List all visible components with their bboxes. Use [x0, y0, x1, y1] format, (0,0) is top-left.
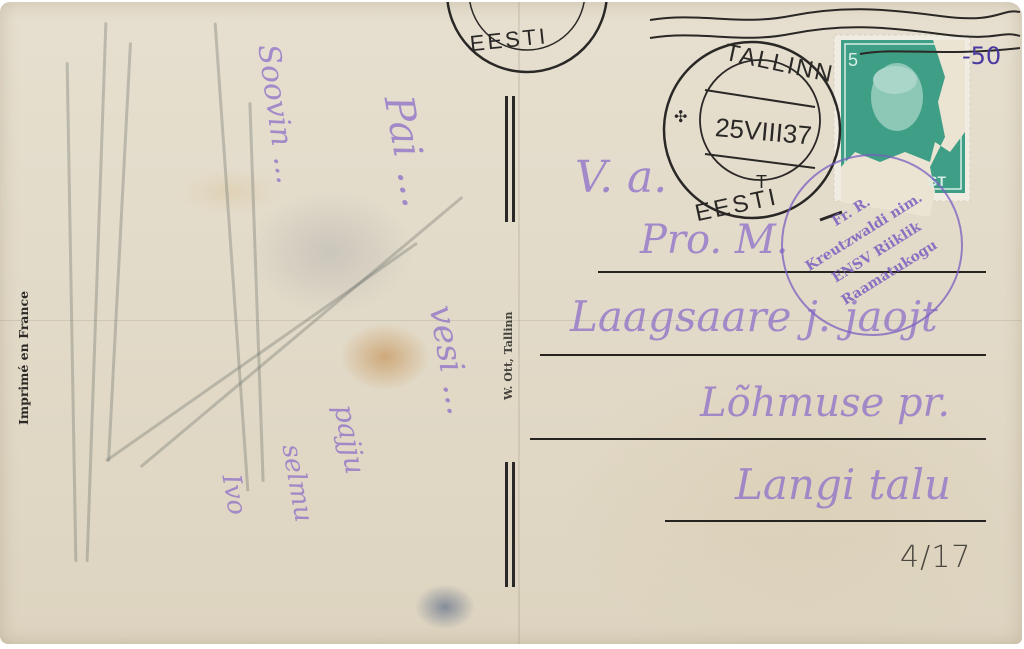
library-ownership-stamp: Fr. R. Kreutzwaldi nim. ENSV Riiklik Raa… [0, 2, 1022, 644]
catalog-number: 4/17 [900, 540, 971, 575]
postcard: Imprimé en France W. Ott, Tallinn Pai ..… [0, 2, 1022, 644]
postage-rate-note: -50 [962, 42, 1001, 70]
